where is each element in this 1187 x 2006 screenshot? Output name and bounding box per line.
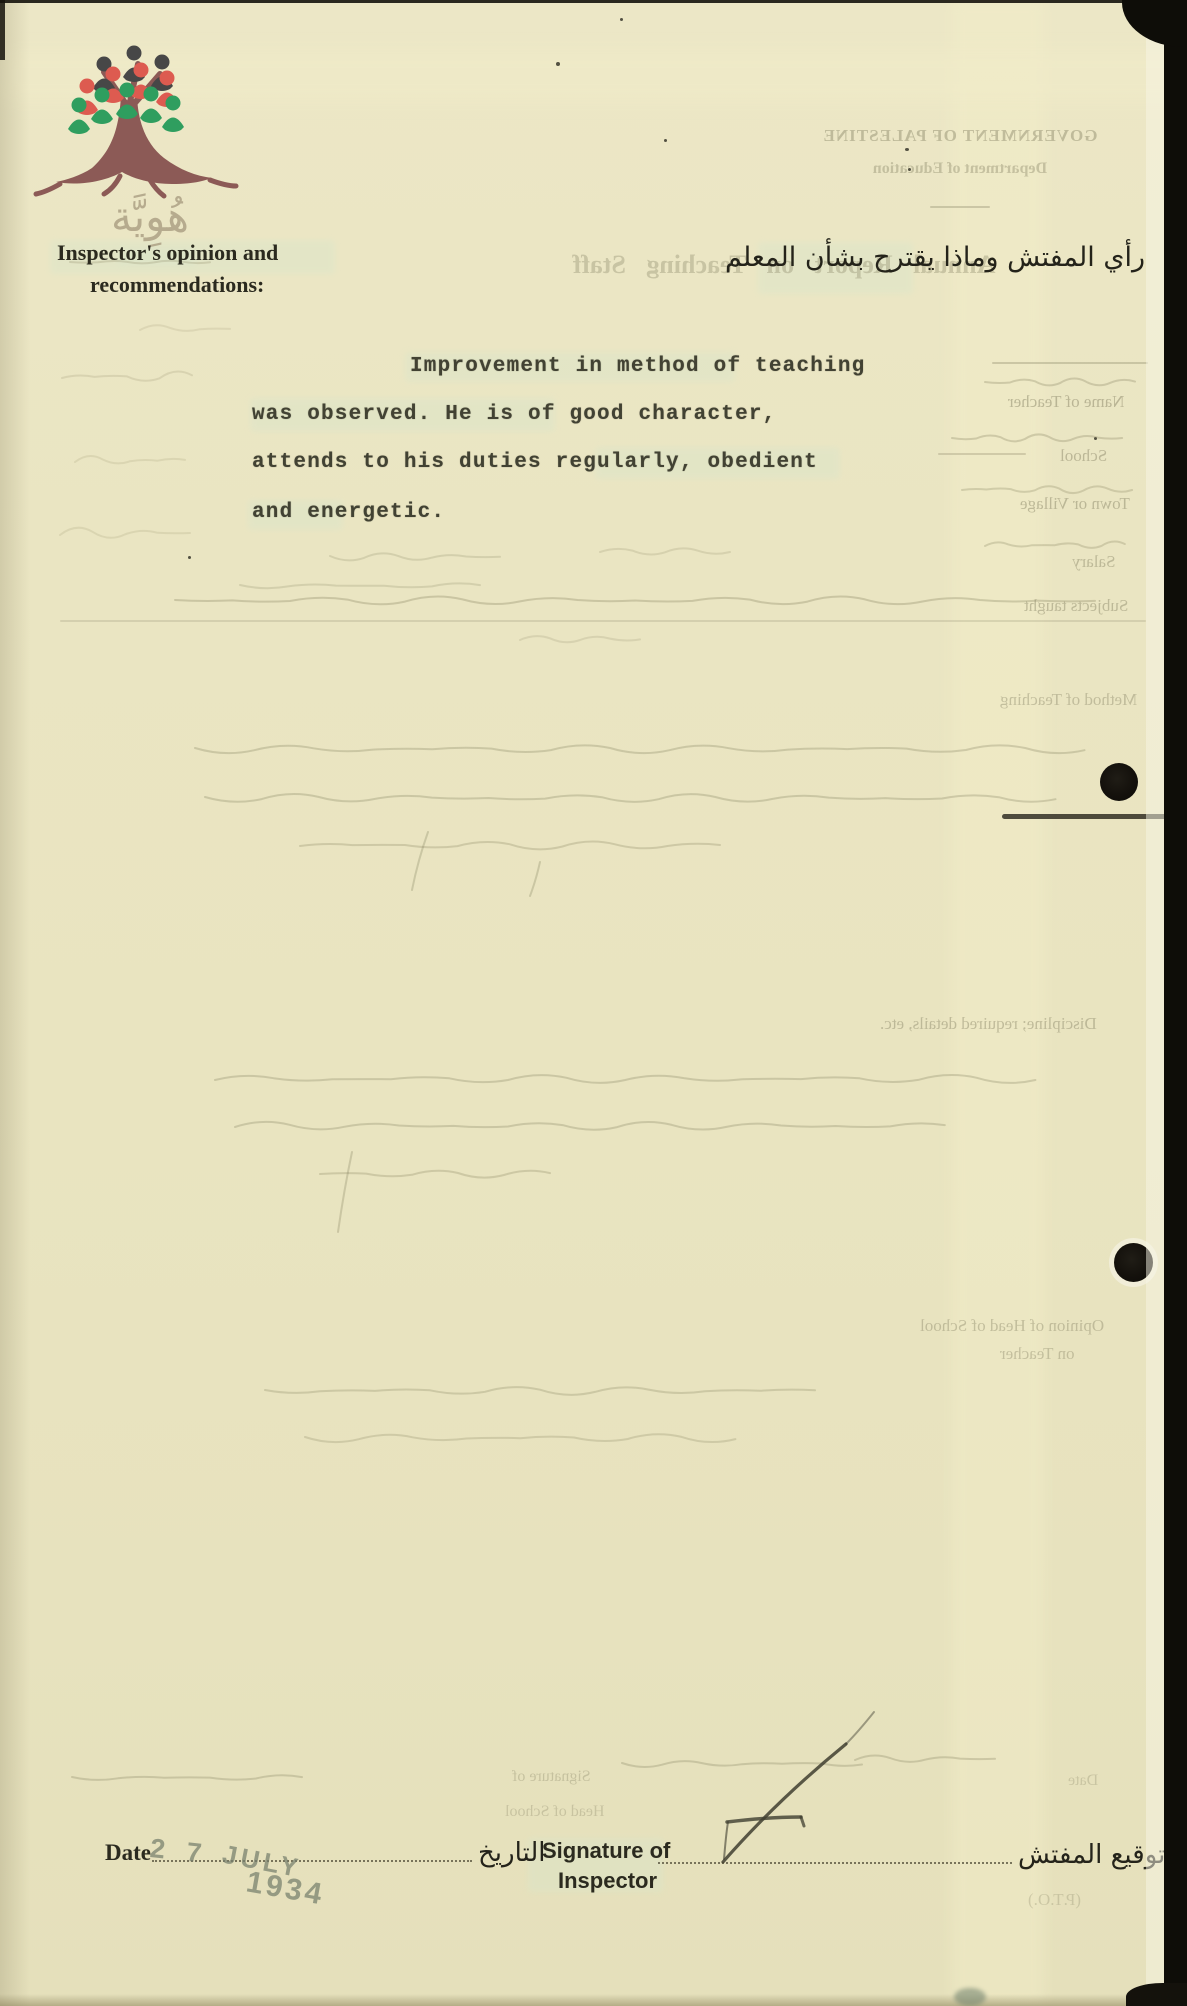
signature-label-line1: Signature of [542,1838,670,1864]
identity-tree-logo [36,64,236,196]
bleed-field-name-of-teacher: Name of Teacher [1008,392,1125,412]
date-label-arabic: التاريخ [478,1838,546,1868]
scan-edge-sliver [1146,0,1164,2006]
typed-line-4: and energetic. [252,501,445,524]
scan-light-band-vertical [952,0,1044,2006]
typed-line-2: was observed. He is of good character, [252,403,776,426]
bleed-rule-school-dash [938,453,1026,455]
scan-corner-notch [1122,0,1187,47]
left-edge-vignette [0,0,30,2006]
bleed-department-of-education: Department of Education [790,160,1130,178]
bleed-rule-subjects [60,620,1146,622]
bleed-field-subjects-taught: Subjects taught [1024,596,1128,616]
date-label: Date [105,1840,151,1866]
tree-people-icons [68,46,184,135]
section-label-line2: recommendations: [90,272,264,298]
bleed-field-signature-of: Signature of [512,1768,591,1786]
bleed-field-school: School [1060,446,1107,466]
signature-dotted-line [658,1860,1012,1864]
dust-speck [188,556,191,559]
bleed-field-discipline: Discipline; required details, etc. [880,1014,1097,1034]
dust-speck [556,62,560,66]
date-stamp-day: 2 7 [149,1833,210,1870]
scan-streak [1002,814,1187,819]
scan-edge-left [0,0,5,60]
dust-speck [664,139,667,142]
dust-speck [905,148,909,151]
inspector-signature [723,1712,874,1862]
bleed-field-opinion-line2: on Teacher [1000,1344,1074,1364]
hole-punch-top [1100,763,1138,801]
bleed-rule [992,362,1148,364]
bleed-field-head-of-school: Head of School [505,1803,605,1821]
hole-punch-bottom [1114,1243,1153,1282]
bleed-field-salary: Salary [1072,552,1115,572]
bleed-field-date: Date [1068,1772,1098,1790]
scan-corner-blob [1126,1983,1187,2006]
bleed-field-town-or-village: Town or Village [1020,494,1130,514]
section-label-arabic: رأي المفتش وماذا يقترح بشأن المعلم [725,242,1145,273]
decoration-layer [0,0,1187,2006]
bleed-rule [930,206,990,208]
scan-light-band-top [0,50,1187,102]
signature-label-arabic: توقيع المفتش [1018,1840,1165,1870]
watermark-calligraphy: هُوِيَّة [70,192,230,241]
dust-speck [1094,437,1097,440]
bottom-edge-shade [0,1994,1187,2006]
bleed-field-method-of-teaching: Method of Teaching [1000,690,1137,710]
bleed-field-opinion-line1: Opinion of Head of School [920,1316,1104,1336]
logo-people-layer [0,0,1187,2006]
scanned-document-page: GOVERNMENT OF PALESTINE Department of Ed… [0,0,1187,2006]
dust-speck [620,18,623,21]
section-label-line1: Inspector's opinion and [57,240,278,266]
scan-edge-right [1164,0,1187,2006]
scan-bottom-mark [954,1988,986,2006]
scan-edge-top [0,0,1187,3]
typed-line-1: Improvement in method of teaching [410,355,865,378]
bleed-handwriting-descenders [338,832,540,1232]
bleed-government-of-palestine: GOVERNMENT OF PALESTINE [760,126,1160,146]
signature-label-line2: Inspector [558,1868,657,1894]
typed-line-3: attends to his duties regularly, obedien… [252,451,818,474]
bleed-field-pto: (P.T.O.) [1028,1890,1081,1910]
date-stamp-year: 1934 [244,1865,327,1912]
